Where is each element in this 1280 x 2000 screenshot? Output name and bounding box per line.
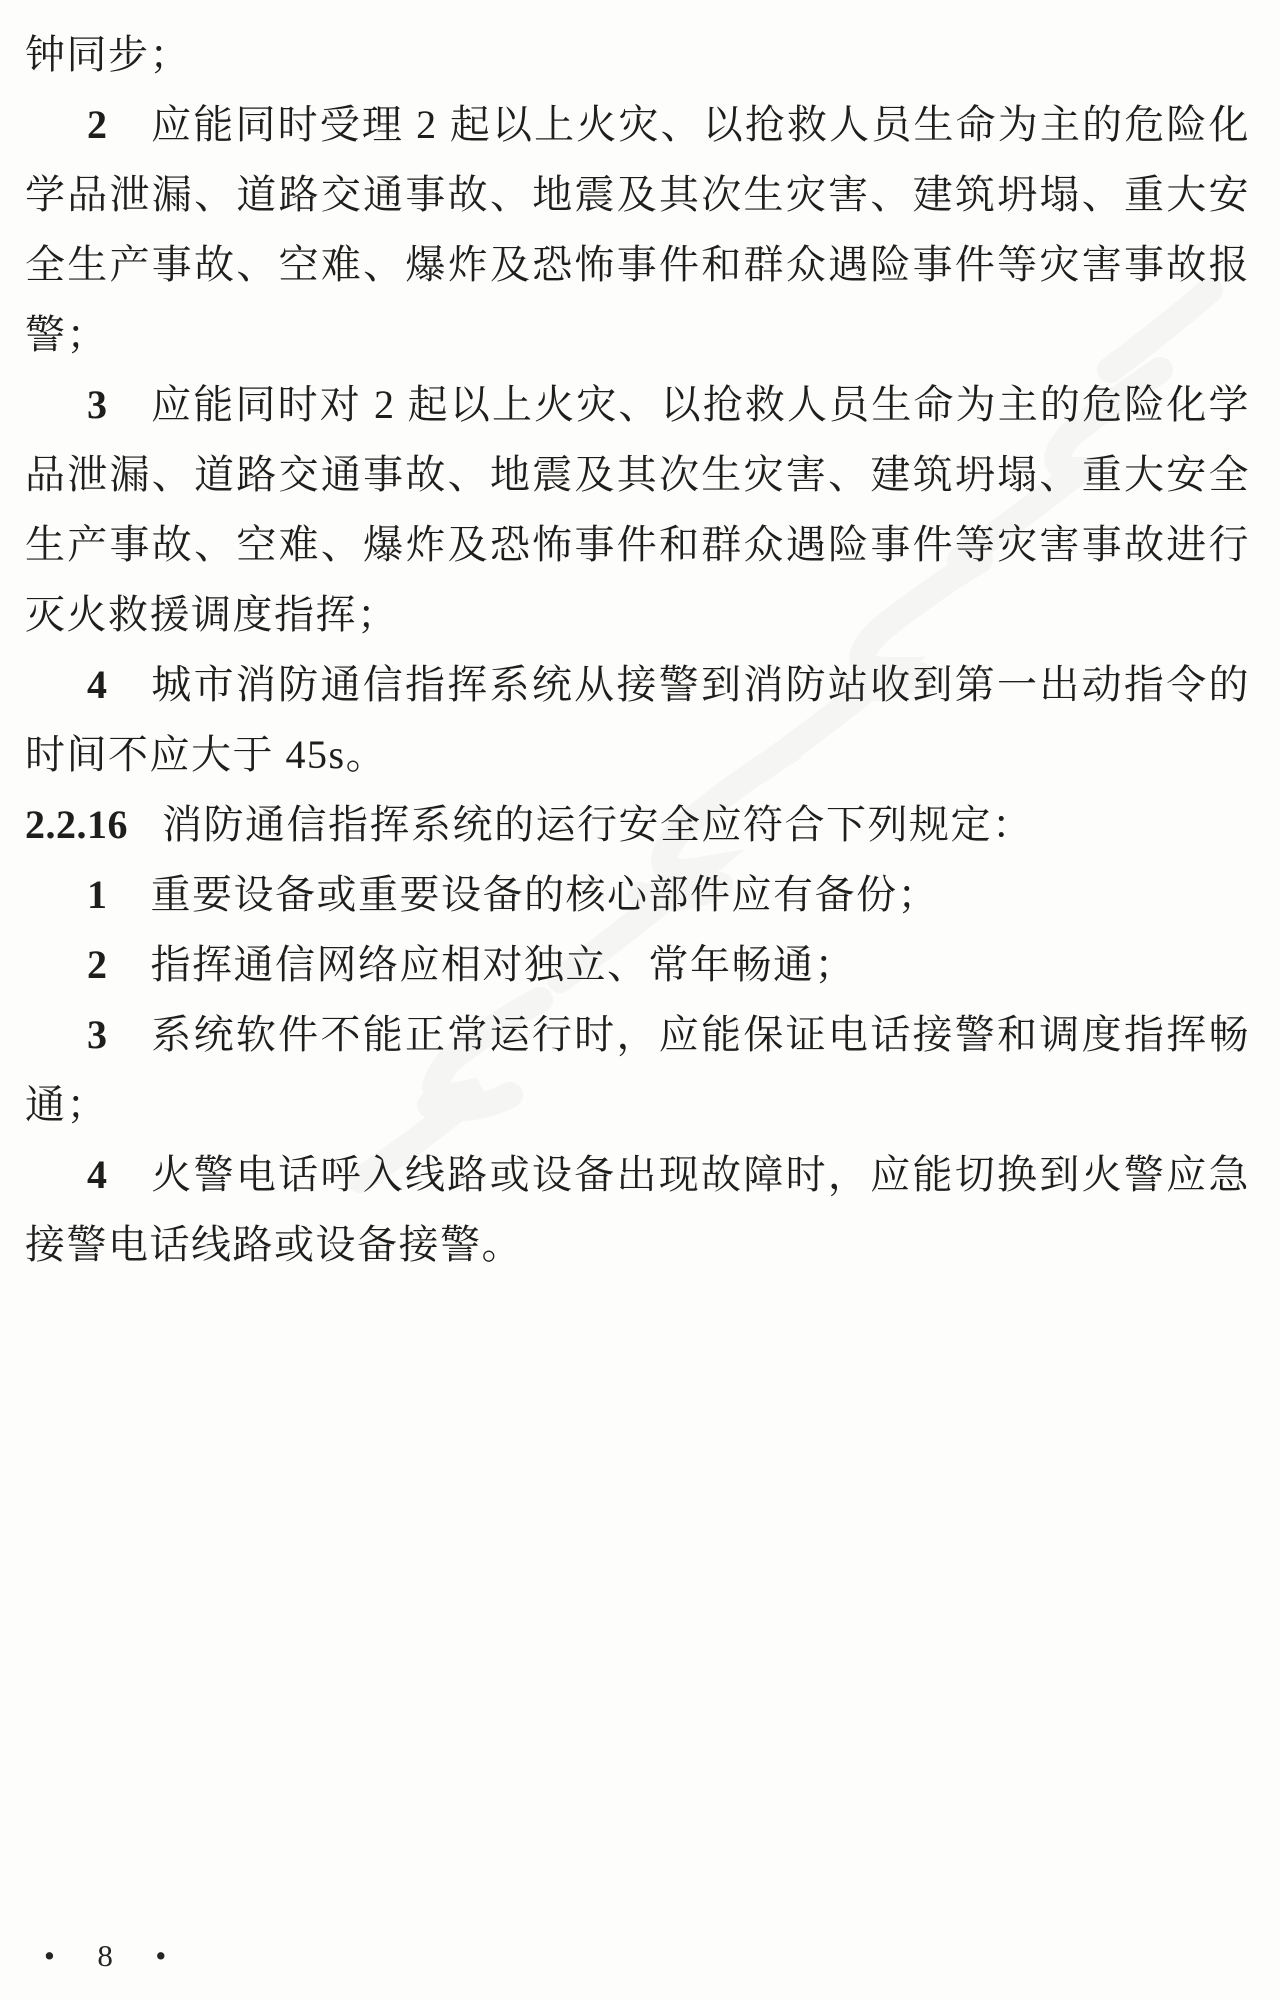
item-text: 火警电话呼入线路或设备出现故障时，应能切换到火警应急接警电话线路或设备接警。: [25, 1152, 1250, 1267]
item-text: 应能同时对 2 起以上火灾、以抢救人员生命为主的危险化学品泄漏、道路交通事故、地…: [25, 382, 1250, 637]
list-item-3: 3应能同时对 2 起以上火灾、以抢救人员生命为主的危险化学品泄漏、道路交通事故、…: [25, 370, 1250, 650]
item-number: 3: [87, 382, 109, 427]
page-number: • 8 •: [44, 1938, 175, 1974]
item-text: 城市消防通信指挥系统从接警到消防站收到第一出动指令的时间不应大于 45s。: [25, 662, 1250, 777]
item-text: 指挥通信网络应相对独立、常年畅通；: [151, 942, 857, 987]
document-page: 钟同步； 2应能同时受理 2 起以上火灾、以抢救人员生命为主的危险化学品泄漏、道…: [0, 0, 1280, 2000]
item-number: 3: [87, 1012, 109, 1057]
item-text: 应能同时受理 2 起以上火灾、以抢救人员生命为主的危险化学品泄漏、道路交通事故、…: [25, 102, 1250, 357]
item-number: 1: [87, 872, 109, 917]
clause-number: 2.2.16: [25, 802, 128, 847]
subitem-3: 3系统软件不能正常运行时，应能保证电话接警和调度指挥畅通；: [25, 1000, 1250, 1140]
item-number: 2: [87, 942, 109, 987]
clause-text: 消防通信指挥系统的运行安全应符合下列规定：: [162, 802, 1034, 847]
item-text: 系统软件不能正常运行时，应能保证电话接警和调度指挥畅通；: [25, 1012, 1250, 1127]
item-number: 4: [87, 662, 109, 707]
item-number: 4: [87, 1152, 109, 1197]
clause-2-2-16: 2.2.16消防通信指挥系统的运行安全应符合下列规定：: [25, 790, 1250, 860]
paragraph-continuation: 钟同步；: [25, 20, 1250, 90]
paragraph-text: 钟同步；: [25, 32, 191, 77]
list-item-2: 2应能同时受理 2 起以上火灾、以抢救人员生命为主的危险化学品泄漏、道路交通事故…: [25, 90, 1250, 370]
item-text: 重要设备或重要设备的核心部件应有备份；: [151, 872, 940, 917]
list-item-4: 4城市消防通信指挥系统从接警到消防站收到第一出动指令的时间不应大于 45s。: [25, 650, 1250, 790]
subitem-2: 2指挥通信网络应相对独立、常年畅通；: [25, 930, 1250, 1000]
item-number: 2: [87, 102, 109, 147]
subitem-1: 1重要设备或重要设备的核心部件应有备份；: [25, 860, 1250, 930]
subitem-4: 4火警电话呼入线路或设备出现故障时，应能切换到火警应急接警电话线路或设备接警。: [25, 1140, 1250, 1280]
